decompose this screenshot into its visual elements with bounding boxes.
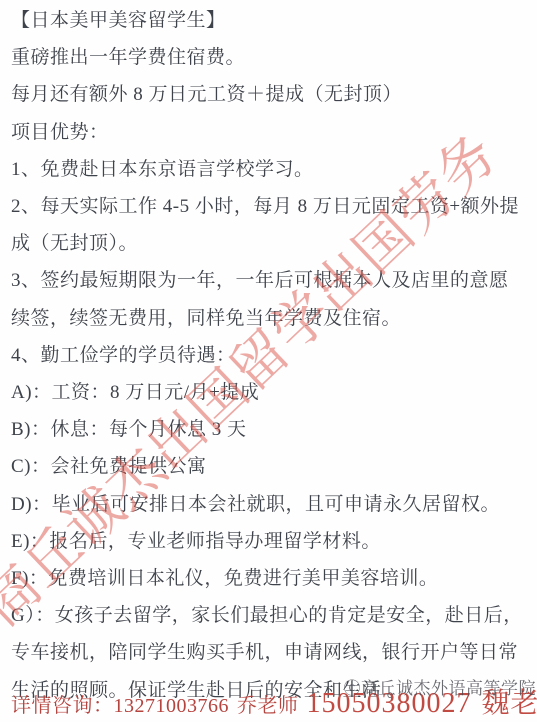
text-line-salary: 每月还有额外 8 万日元工资＋提成（无封顶） [11,76,531,113]
contact-phone-1: 13271003766 [114,695,230,718]
text-line-item-4: 4、勤工俭学的学员待遇： [11,337,531,374]
text-line-intro: 重磅推出一年学费住宿费。 [11,39,531,76]
text-line-benefit-d: D)：毕业后可安排日本会社就职，且可申请永久居留权。 [11,486,531,523]
text-line-benefit-b: B)：休息：每个月休息 3 天 [11,411,531,448]
text-line-benefit-c: C)：会社免费提供公寓 [11,448,531,485]
text-line-benefit-f: F)：免费培训日本礼仪，免费进行美甲美容培训。 [11,560,531,597]
contact-teacher-2: 魏老师 [482,681,537,721]
flyer-page: 【日本美甲美容留学生】 重磅推出一年学费住宿费。 每月还有额外 8 万日元工资＋… [0,0,537,722]
text-line-item-2-wrap: 成（无封顶）。 [11,225,531,262]
document-body: 【日本美甲美容留学生】 重磅推出一年学费住宿费。 每月还有额外 8 万日元工资＋… [0,2,537,709]
text-line-benefit-g-wrap1: 专车接机，陪同学生购买手机，申请网线，银行开户等日常 [11,634,531,671]
text-line-benefit-e: E)：报名后，专业老师指导办理留学材料。 [11,523,531,560]
text-line-benefit-a: A)：工资：8 万日元/月+提成 [11,374,531,411]
text-line-benefit-g: G）：女孩子去留学，家长们最担心的肯定是安全，赴日后， [11,597,531,634]
contact-phone-2: 15050380027 [307,688,472,720]
text-line-item-3-wrap: 续签，续签无费用，同样免当年学费及住宿。 [11,300,531,337]
text-line-item-1: 1、免费赴日本东京语言学校学习。 [11,151,531,188]
contact-teacher-1: 乔老师 [237,689,299,718]
text-line-item-3: 3、签约最短期限为一年，一年后可根据本人及店里的意愿 [11,262,531,299]
contact-line: 详情咨询： 13271003766 乔老师 15050380027 魏老师 [11,681,537,721]
text-line-advantages-heading: 项目优势： [11,114,531,151]
page-title: 【日本美甲美容留学生】 [11,2,531,39]
contact-label: 详情咨询： [11,689,114,718]
text-line-item-2: 2、每天实际工作 4-5 小时，每月 8 万日元固定工资+额外提 [11,188,531,225]
